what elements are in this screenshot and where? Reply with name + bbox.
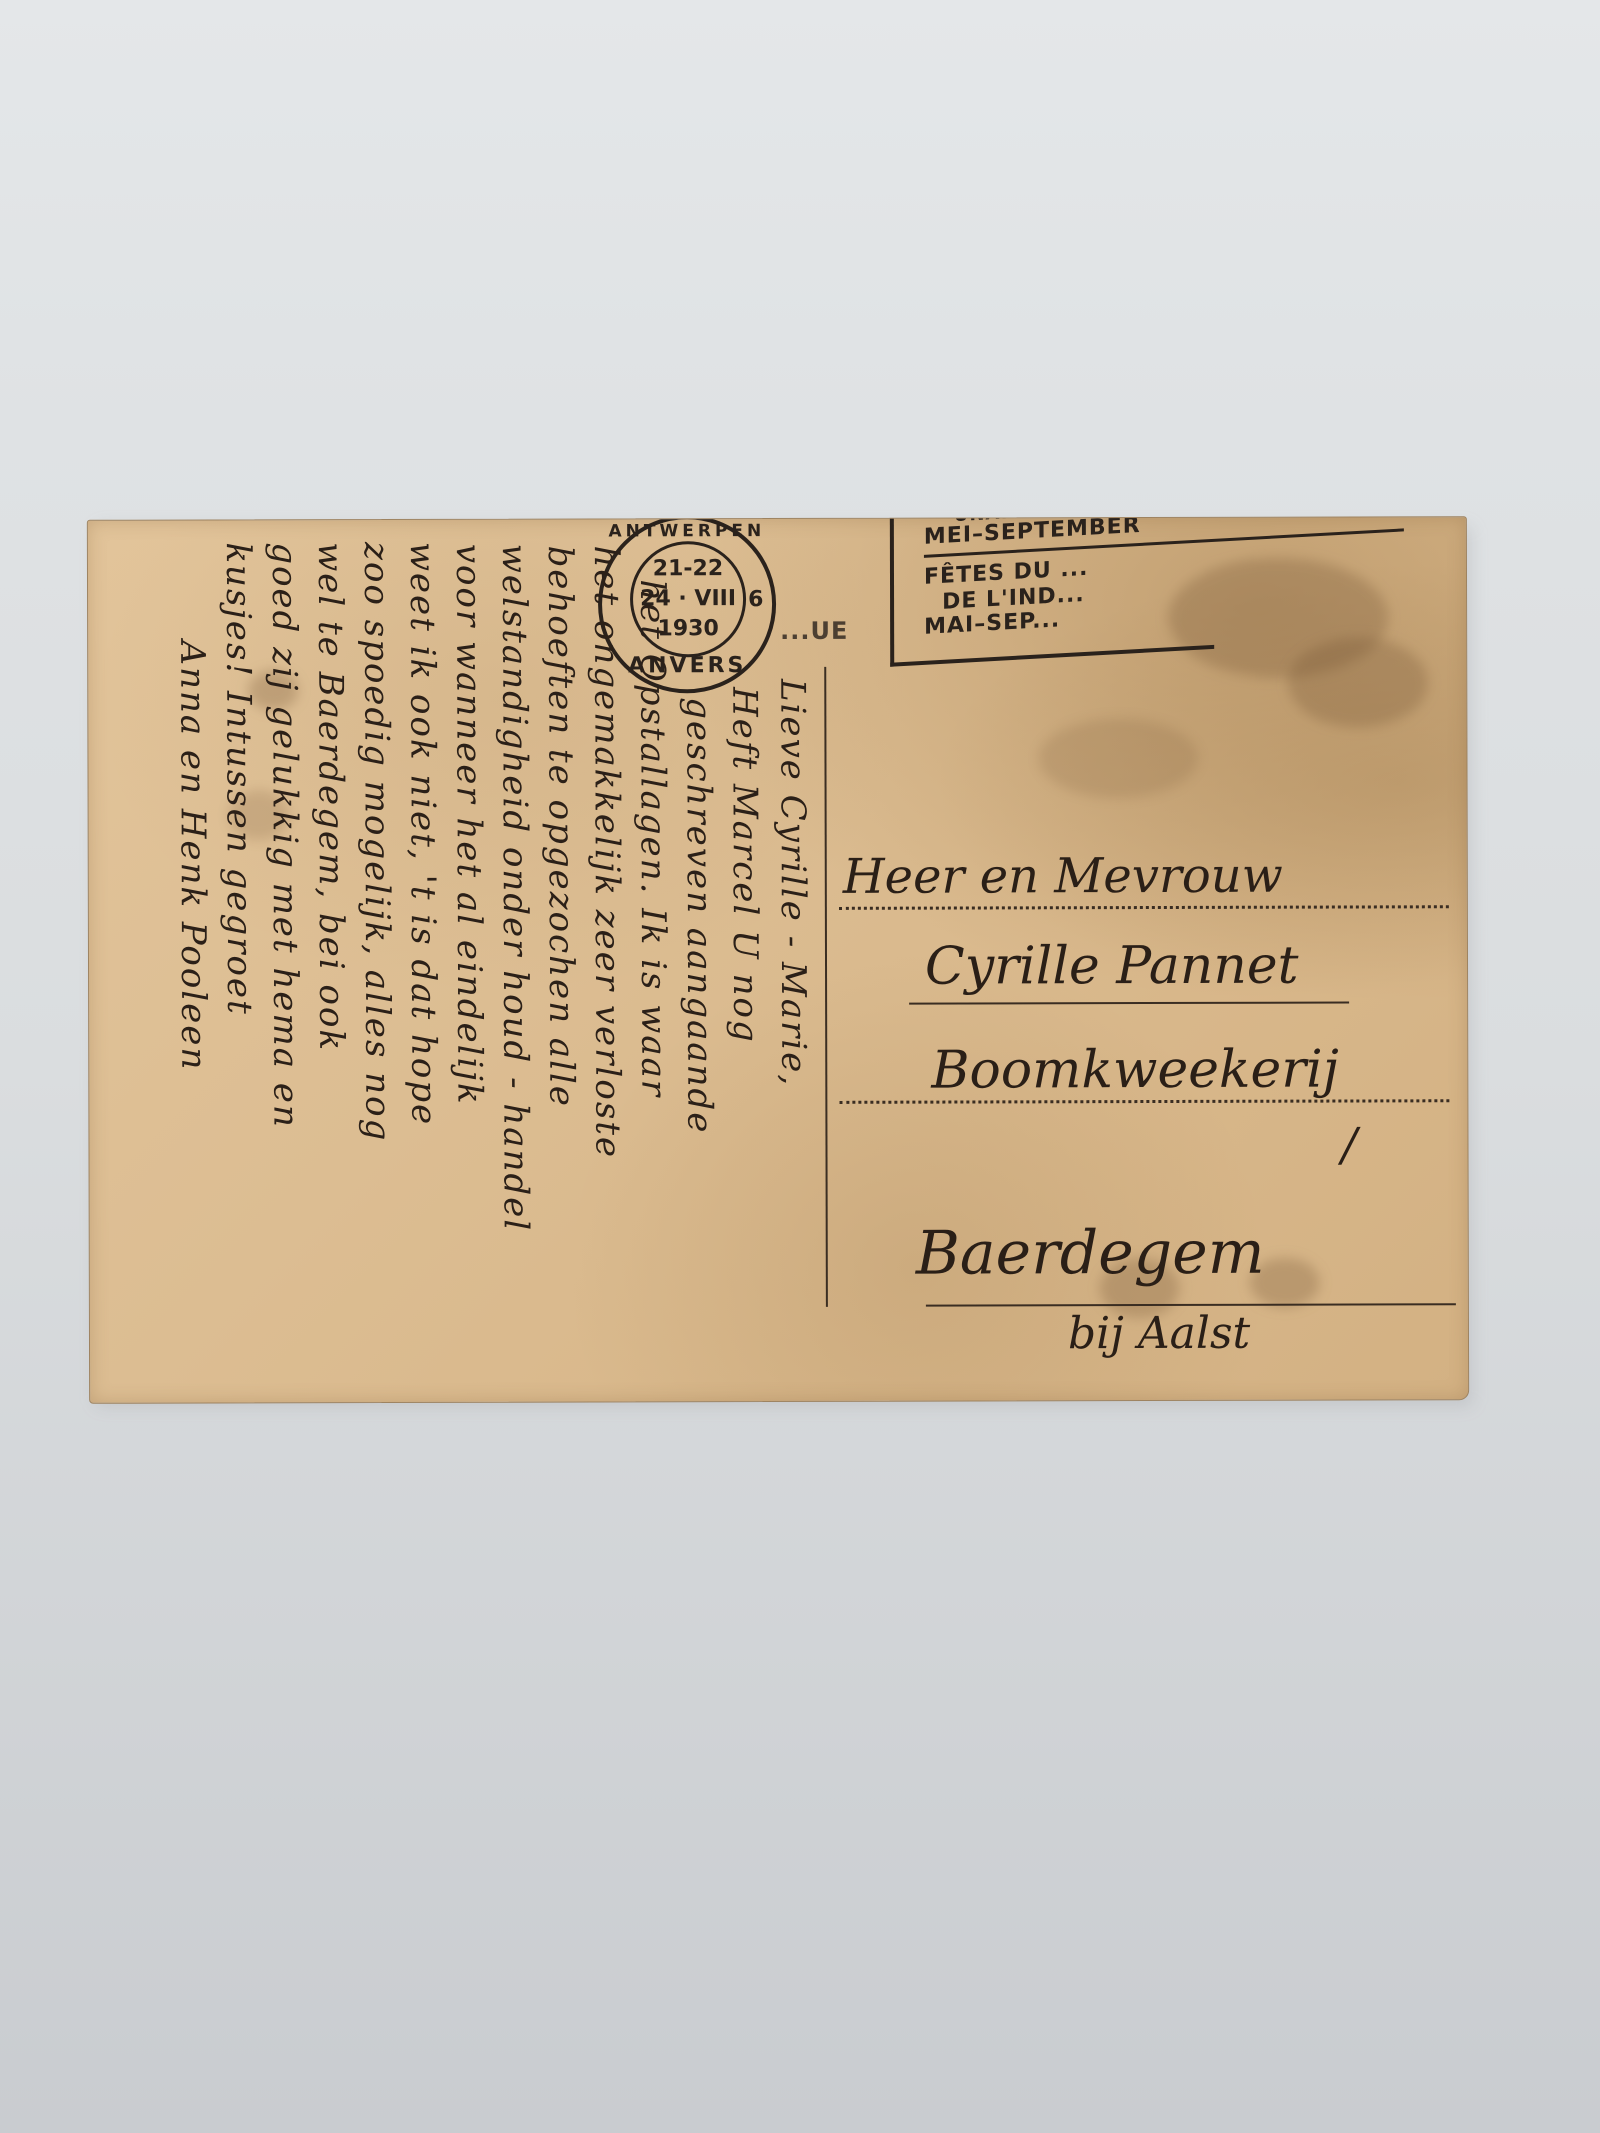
address-line-2: Cyrille Pannet: [925, 936, 1299, 997]
message-signature: Anna en Henk Pooleen: [172, 640, 213, 1071]
slogan-cancel: UNA... MEI–SEPTEMBER FÊTES DU ... DE L'I…: [890, 516, 1214, 667]
message-line: Lieve Cyrille - Marie,: [772, 679, 813, 1087]
postcard: 21-22 24 · VIII 1930 ANTWERPEN 6 ANVERS …: [87, 516, 1469, 1404]
address-flourish: /: [1341, 1117, 1357, 1171]
stain: [1288, 637, 1428, 727]
message-line: het Opstallagen. Ik is waar: [632, 579, 673, 1098]
message-line: geschreven aangaande: [678, 697, 719, 1134]
address-line-3: Boomkweekerij: [931, 1040, 1339, 1101]
message-line: Heft Marcel U nog: [724, 687, 765, 1044]
message-line: zoo spoedig mogelijk, alles nog: [356, 542, 398, 1142]
message-line: kusjes! Intussen gegroet: [218, 542, 259, 1015]
stain: [1038, 718, 1198, 798]
address-line-5: bij Aalst: [1068, 1308, 1250, 1359]
handwritten-message: Lieve Cyrille - Marie, Heft Marcel U nog…: [88, 519, 820, 1401]
message-line: het ongemakkelijk zeer verloste: [586, 545, 628, 1159]
message-line: goed zij gelukkig met hema en: [264, 542, 306, 1129]
message-line: welstandigheid onder houd - handel: [494, 544, 536, 1233]
address-line-4: Baerdegem: [916, 1218, 1265, 1289]
address-line-1: Heer en Mevrouw: [843, 848, 1283, 905]
postcard-divider: [824, 667, 828, 1307]
address-underline-2: [909, 1002, 1349, 1005]
message-line: voor wanneer het al eindelijk: [448, 544, 489, 1106]
message-line: weet ik ook niet, 't is dat hope: [402, 542, 444, 1126]
address-rule-1: [839, 905, 1449, 910]
address-rule-4: [926, 1303, 1456, 1306]
message-line: behoeften te opgezochen alle: [540, 546, 581, 1109]
message-line: wel te Baerdegem, bei ook: [310, 542, 351, 1052]
